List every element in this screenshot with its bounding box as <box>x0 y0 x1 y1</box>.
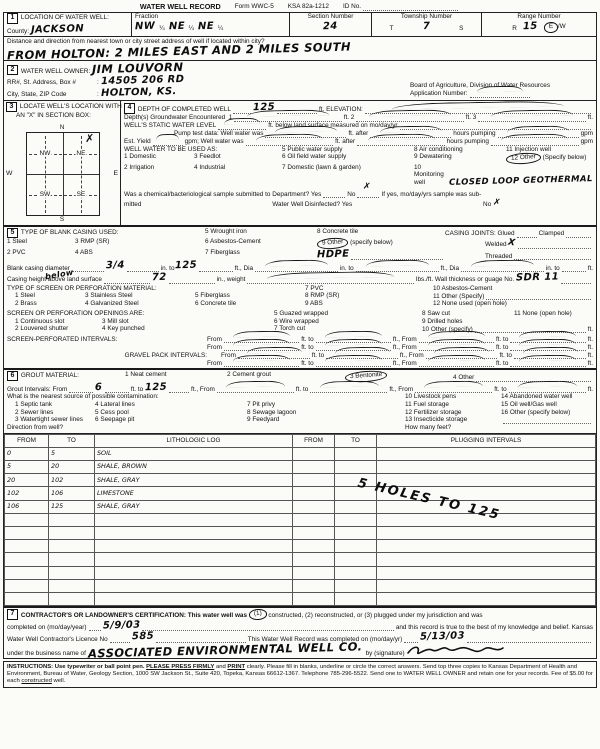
section-6-number: 6 <box>7 371 18 381</box>
fraction-1-value: NW <box>135 21 156 33</box>
section-1-number: 1 <box>7 13 18 23</box>
quadrant-sw-label: SW <box>39 190 51 198</box>
form-id-group: ID No. <box>343 3 460 11</box>
signature-mark <box>406 643 506 657</box>
sample-question: Was a chemical/bacteriological sample su… <box>124 191 321 199</box>
grout-ftfrom-label: ft., From <box>191 386 215 394</box>
spi-ftfrom-2: ft., From <box>393 344 417 352</box>
compass-north-label: N <box>6 124 118 132</box>
groundwater-3-label: ft. 3 <box>466 114 477 122</box>
lithologic-log-block: FROM TO LITHOLOGIC LOG FROM TO PLUGGING … <box>4 433 596 606</box>
contam-option-4: 4 Lateral lines <box>95 401 247 409</box>
id-blank <box>363 3 458 11</box>
spi-ftto-1b: ft. to <box>496 336 508 344</box>
compass-south-label: S <box>6 216 118 224</box>
log-header-row: FROM TO LITHOLOGIC LOG FROM TO PLUGGING … <box>5 434 596 447</box>
sample-mitted-text: mitted <box>124 201 141 209</box>
instructions-lead: INSTRUCTIONS: Use typewriter or ball poi… <box>7 664 146 670</box>
form-number: Form WWC-5 <box>235 3 274 11</box>
casing-depth-value: 125 <box>174 260 196 272</box>
casing-option-3: 3 RMP (SR) <box>75 238 109 245</box>
log-3-from: 20 <box>5 474 49 487</box>
casing-lbs-label: lbs./ft. Wall thickness or guage No. <box>416 276 514 284</box>
screen-option-12: 12 None used (open hole) <box>433 300 593 308</box>
instructions-print: PRINT <box>227 664 245 670</box>
section-3-locate: 3LOCATE WELL'S LOCATION WITH AN "X" IN S… <box>4 101 121 225</box>
log-empty-row <box>5 513 596 526</box>
log-header-plugging: PLUGGING INTERVALS <box>377 434 596 447</box>
log-2-from: 5 <box>5 461 49 474</box>
gpi-ftfrom-2: ft., From <box>393 360 417 368</box>
county-value: JACKSON <box>31 23 84 36</box>
screen-material-title: TYPE OF SCREEN OR PERFORATION MATERIAL: <box>7 285 305 293</box>
city-value: HOLTON, KS. <box>100 86 176 100</box>
contam-option-8: 8 Sewage lagoon <box>247 409 405 417</box>
joints-glued-label: CASING JOINTS: Glued <box>445 230 515 238</box>
log-row-3: 20 102 SHALE, GRAY <box>5 474 596 487</box>
contam-option-10: 10 Livestock pens <box>405 393 501 401</box>
grout-from-value: 6 <box>95 382 103 394</box>
groundwater-ft-label: ft. <box>588 114 593 122</box>
section-5-casing: 5TYPE OF BLANK CASING USED: 5 Wrought ir… <box>4 225 596 368</box>
gpi-ft-2: ft. <box>588 360 593 368</box>
casing-option-7: 7 Fiberglass <box>205 249 317 261</box>
direction-from-well-label: Direction from well? <box>7 424 405 432</box>
screen-option-5: 5 Fiberglass <box>195 292 305 300</box>
certification-date2-value: 5/13/03 <box>420 631 465 644</box>
section-3-number: 3 <box>6 102 17 112</box>
quadrant-se-label: SE <box>76 190 87 198</box>
distance-direction-block: Distance and direction from nearest town… <box>4 36 596 60</box>
city-colon: : <box>97 91 99 99</box>
screen-perforated-intervals-label: SCREEN-PERFORATED INTERVALS: <box>7 336 207 344</box>
disinfected-no-x-mark: ✗ <box>492 198 501 210</box>
spi-ftto-2: ft. to <box>301 344 313 352</box>
pump-test-label: Pump test data: <box>174 130 219 138</box>
township-value: 7 <box>422 21 430 33</box>
grout-title: GROUT MATERIAL: <box>21 372 79 379</box>
est-yield-dash <box>156 133 179 139</box>
pump-gpm-label: gpm <box>581 130 593 138</box>
casing-ftdia2-label: ft., Dia <box>441 265 459 273</box>
certification-line1b: constructed, (2) reconstructed, or (3) p… <box>268 612 482 620</box>
contam-option-15: 15 Oil well/Gas well <box>501 401 593 409</box>
use-option-6: 6 Oil field water supply <box>282 153 414 164</box>
quadrant-nw-label: NW <box>39 149 52 157</box>
elevation-dash-mark <box>392 100 564 109</box>
yield-hours-label: hours pumping <box>447 138 489 146</box>
log-row-4: 102 106 LIMESTONE <box>5 487 596 500</box>
contam-option-7: 7 Pit privy <box>247 401 405 409</box>
certification-line4b: by (signature) <box>366 650 405 658</box>
log-2-to: 20 <box>49 461 95 474</box>
log-2-desc: SHALE, BROWN <box>95 461 293 474</box>
compass-east-label: E <box>113 170 118 178</box>
disinfected-no-label: No <box>483 201 491 209</box>
log-3-to: 102 <box>49 474 95 487</box>
range-east-circled: E <box>543 22 558 34</box>
section-1-title: LOCATION OF WATER WELL: <box>21 14 109 21</box>
log-header-from-2: FROM <box>293 434 335 447</box>
township-label: Township Number <box>375 13 478 21</box>
groundwater-label: Depth(s) Groundwater Encountered <box>124 114 225 122</box>
section-5-number: 5 <box>7 228 18 238</box>
section-1-location: 1LOCATION OF WATER WELL: County: JACKSON… <box>4 13 596 35</box>
log-5-desc: SHALE, GRAY <box>95 500 293 513</box>
spi-from-2: From <box>207 344 222 352</box>
use-option-11: 11 Injection well <box>506 146 593 154</box>
instructions-tail: well. <box>52 678 65 684</box>
location-section-cell: Section Number 24 <box>290 13 372 35</box>
joints-clamped-label: Clamped <box>539 230 565 238</box>
joints-welded-x-mark: X <box>508 237 517 249</box>
application-number-dash-mark <box>477 85 523 92</box>
grout-option-2: 2 Cement grout <box>227 371 345 382</box>
gpi-ftto-1b: ft. to <box>499 352 511 360</box>
static-level-dash <box>224 117 261 124</box>
casing-inweight-label: in., weight <box>217 276 246 284</box>
log-header-from-1: FROM <box>5 434 49 447</box>
spi-ftto-2b: ft. to <box>496 344 508 352</box>
agency-block: Board of Agriculture, Division of Water … <box>410 82 590 98</box>
location-fraction-cell: Fraction NW¼ NE¼ NE¼ <box>132 13 290 35</box>
casing-option-5: 5 Wrought iron <box>205 228 317 238</box>
log-empty-row <box>5 579 596 592</box>
pump-well-water-label: Well water was <box>221 130 264 138</box>
sample-no-x-mark: ✗ <box>363 182 372 194</box>
grout-ftto2-label: ft. to <box>296 386 308 394</box>
est-yield-gpm-label: gpm; <box>185 138 199 146</box>
contam-option-3: 3 Watertight sewer lines <box>7 416 95 424</box>
log-empty-row <box>5 526 596 539</box>
use-option-4: 4 Industrial <box>194 164 225 171</box>
section-number-value: 24 <box>323 21 338 33</box>
water-well-record-form: WATER WELL RECORD Form WWC-5 KSA 82a-121… <box>0 0 600 749</box>
log-empty-row <box>5 592 596 605</box>
contam-option-12: 12 Fertilizer storage <box>405 409 501 417</box>
county-label: County: <box>7 28 29 36</box>
contam-option-9: 9 Feedyard <box>247 416 405 424</box>
openings-option-8: 8 Saw cut <box>422 310 514 318</box>
certification-line1a: CONTRACTOR'S OR LANDOWNER'S CERTIFICATIO… <box>21 612 247 620</box>
range-west: /W <box>558 23 566 30</box>
city-label: City, State, ZIP Code <box>7 91 97 99</box>
screen-option-6: 6 Concrete tile <box>195 300 305 308</box>
casing-height-value: 72 <box>152 272 167 284</box>
joints-welded-label: Welded <box>485 241 507 249</box>
log-4-desc: LIMESTONE <box>95 487 293 500</box>
casing-other-value: HDPE <box>317 248 350 261</box>
lithologic-log-table: FROM TO LITHOLOGIC LOG FROM TO PLUGGING … <box>4 434 596 606</box>
dia2-ft-dash <box>366 260 429 267</box>
contam-option-13: 13 Insecticide storage <box>405 416 501 424</box>
gpi-ftto-1: ft. to <box>312 352 324 360</box>
fraction-3-value: NE <box>198 21 214 33</box>
casing-option-1: 1 Steel <box>7 238 75 246</box>
compass-west-label: W <box>6 170 12 178</box>
use-option-2: 2 Irrigation <box>124 164 186 172</box>
pump-gpm-dash <box>507 125 569 132</box>
log-header-lithologic: LITHOLOGIC LOG <box>95 434 293 447</box>
log-empty-row <box>5 540 596 553</box>
log-row-2: 5 20 SHALE, BROWN <box>5 461 596 474</box>
screen-option-10: 10 Asbestos-Cement <box>433 285 593 293</box>
form-title-bar: WATER WELL RECORD Form WWC-5 KSA 82a-121… <box>3 2 597 12</box>
groundwater-2-label: ft. 2 <box>344 114 355 122</box>
gpi-ftto-2: ft. to <box>301 360 313 368</box>
openings-option-11: 11 None (open hole) <box>514 310 593 318</box>
static-level-label: WELL'S STATIC WATER LEVEL <box>124 122 216 130</box>
casing-height-label: Casing height <box>7 276 46 284</box>
screen-option-3: 3 Stainless Steel <box>85 292 195 300</box>
dia2-dash <box>265 260 328 267</box>
use-label: WELL WATER TO BE USED AS: <box>124 146 282 154</box>
screen-option-8: 8 RMP (SR) <box>305 292 433 300</box>
section-3-title-line2: AN "X" IN SECTION BOX: <box>6 112 118 120</box>
section-3-title-line1: LOCATE WELL'S LOCATION WITH <box>20 103 122 110</box>
openings-option-2: 2 Louvered shutter <box>7 325 102 333</box>
gravel-pack-intervals-label: GRAVEL PACK INTERVALS: <box>7 352 221 360</box>
section-6-grout: 6GROUT MATERIAL: 1 Neat cement 2 Cement … <box>4 368 596 433</box>
pump-after-label: ft. after <box>348 130 368 138</box>
instructions-press-firmly: PLEASE PRESS FIRMLY <box>146 664 214 670</box>
log-header-to-1: TO <box>49 434 95 447</box>
instructions-constructed: constructed <box>21 678 51 684</box>
openings-option-5: 5 Guazed wrapped <box>274 310 422 318</box>
use-option-3: 3 Feedlot <box>194 153 221 160</box>
owner-title: WATER WELL OWNER: <box>21 68 90 76</box>
casing-height-land-word: land surface <box>67 276 102 284</box>
form-title: WATER WELL RECORD <box>140 3 221 11</box>
dia3-dash <box>471 260 534 267</box>
casing-ftdia-label: ft., Dia <box>235 265 253 273</box>
contamination-question: What is the nearest source of possible c… <box>7 393 405 401</box>
use-option-12-specify: (Specify below) <box>543 154 587 161</box>
section-7-certification: 7 CONTRACTOR'S OR LANDOWNER'S CERTIFICAT… <box>4 606 596 658</box>
use-option-8: 8 Air conditioning <box>414 146 506 154</box>
section-4-well-data: 4 DEPTH OF COMPLETED WELL 125 ft. ELEVAT… <box>121 101 596 225</box>
well-location-x-mark: ✗ <box>85 133 95 146</box>
casing-ft-end-label: ft. <box>588 265 593 273</box>
contam-option-6: 6 Seepage pit <box>95 416 247 424</box>
contam-option-1: 1 Septic tank <box>7 401 95 409</box>
quadrant-ne-label: NE <box>75 149 86 157</box>
certification-date1-value: 5/9/03 <box>102 619 140 632</box>
grout-from-label: From <box>52 386 67 394</box>
id-label: ID No. <box>343 3 361 11</box>
certification-1-circled: (1) <box>248 608 267 620</box>
log-5-to: 125 <box>49 500 95 513</box>
casing-option-8: 8 Concrete tile <box>317 228 445 238</box>
grout-ftfrom2-label: ft., From <box>389 386 413 394</box>
grout-to-value: 125 <box>145 381 167 393</box>
use-option-1: 1 Domestic <box>124 153 186 161</box>
use-option-7: 7 Domestic (lawn & garden) <box>282 164 414 187</box>
certification-line2b: and this record is true to the best of m… <box>396 624 593 632</box>
section-7-number: 7 <box>7 609 18 619</box>
contam-option-5: 5 Cess pool <box>95 409 247 417</box>
log-row-5: 106 125 SHALE, GRAY <box>5 500 596 513</box>
township-t: T <box>390 25 394 33</box>
wall-thickness-value: SDR 11 <box>516 272 559 285</box>
contam-option-14: 14 Abandoned water well <box>501 393 593 401</box>
log-row-1: 0 5 SOIL <box>5 447 596 460</box>
gpi-ftfrom-1: ft., From <box>400 352 424 360</box>
application-number-label: Application Number: <box>410 90 468 98</box>
sample-ifyes-text: If yes, mo/day/yrs sample was sub- <box>381 191 481 199</box>
section-number-label: Section Number <box>293 13 368 21</box>
section-4-number: 4 <box>124 103 135 113</box>
certification-line3a: Water Well Contractor's Licence No <box>7 636 108 644</box>
township-s: S <box>459 25 463 33</box>
section-2-number: 2 <box>7 65 18 75</box>
casing-option-6: 6 Asbestos-Cement <box>205 238 317 249</box>
section-box-dashed-v1 <box>45 136 46 213</box>
spi-ft-1: ft. <box>588 336 593 344</box>
openings-option-1: 1 Continuous slot <box>7 318 102 326</box>
quarter-1: ¼ <box>159 25 164 33</box>
yield-after-label: ft. after <box>335 138 355 146</box>
openings-option-3: 3 Mill slot <box>102 318 274 326</box>
casing-option-4: 4 ABS <box>75 249 93 256</box>
casing-option-2: 2 PVC <box>7 249 75 257</box>
casing-option-9-specify: (specify below) <box>350 239 393 246</box>
range-value: 15 <box>523 21 538 33</box>
screen-option-4: 4 Galvanized Steel <box>85 300 195 308</box>
grout-ftto3-label: ft. to <box>494 386 506 394</box>
log-1-desc: SOIL <box>95 447 293 460</box>
grout-option-1: 1 Neat cement <box>125 371 227 382</box>
contam-option-2: 2 Sewer lines <box>7 409 95 417</box>
location-county-cell: 1LOCATION OF WATER WELL: County: JACKSON <box>4 13 132 35</box>
log-4-to: 106 <box>49 487 95 500</box>
screen-option-11: 11 Other (Specify) <box>433 293 484 301</box>
sections-3-4-row: 3LOCATE WELL'S LOCATION WITH AN "X" IN S… <box>4 100 596 225</box>
openings-ft-label: ft. <box>588 326 593 334</box>
section-box-dashed-v2 <box>81 136 82 213</box>
grout-ft-end-label: ft. <box>588 386 593 394</box>
range-label: Range Number <box>485 13 593 21</box>
fraction-2-value: NE <box>168 21 184 33</box>
spi-from-1: From <box>207 336 222 344</box>
gpi-ft-1: ft. <box>588 352 593 360</box>
location-township-cell: Township Number T 7 S <box>372 13 482 35</box>
screen-option-7: 7 PVC <box>305 285 433 293</box>
openings-title: SCREEN OR PERFORATION OPENINGS ARE: <box>7 310 274 318</box>
use-option-5: 5 Public water supply <box>282 146 414 154</box>
casing-diameter-value: 3/4 <box>106 260 125 272</box>
address-colon: : <box>97 79 99 87</box>
how-many-feet-label: How many feet? <box>405 424 593 432</box>
log-header-to-2: TO <box>335 434 377 447</box>
address-label: RR#, St. Address, Box # <box>7 79 97 87</box>
gpi-from-2: From <box>207 360 222 368</box>
form-statute: KSA 82a-1212 <box>288 3 329 11</box>
spi-ftfrom-1: ft., From <box>393 336 417 344</box>
section-box-diagram: NW NE SW SE ✗ <box>26 132 100 216</box>
grout-intervals-label: Grout Intervals: <box>7 386 51 394</box>
log-empty-row <box>5 553 596 566</box>
instructions-mid: and <box>214 664 227 670</box>
est-yield-label: Est. Yield <box>124 138 151 146</box>
section-2-owner: 2 WATER WELL OWNER: JIM LOUVORN RR#, St.… <box>4 60 596 100</box>
depth-completed-label: DEPTH OF COMPLETED WELL <box>138 106 231 114</box>
quarter-2: ¼ <box>189 25 194 33</box>
grout-ftto-label: ft. to <box>131 386 143 394</box>
gpi-ftto-2b: ft. to <box>496 360 508 368</box>
section-box-horizontal-line <box>27 174 99 175</box>
gpi-from-1: From <box>221 352 236 360</box>
openings-option-6: 6 Wire wrapped <box>274 318 422 326</box>
log-3-desc: SHALE, GRAY <box>95 474 293 487</box>
yield-gpm-label: gpm <box>581 138 593 146</box>
sample-no-label: No <box>347 191 355 199</box>
log-1-from: 0 <box>5 447 49 460</box>
spi-ftto-1: ft. to <box>301 336 313 344</box>
contam-option-11: 11 Fuel storage <box>405 401 501 409</box>
contam-option-16: 16 Other (specify below) <box>501 409 593 417</box>
pump-hours-label: hours pumping <box>453 130 495 138</box>
quarter-3: ¼ <box>218 25 223 33</box>
log-5-from: 106 <box>5 500 49 513</box>
instructions-block: INSTRUCTIONS: Use typewriter or ball poi… <box>3 661 597 688</box>
yield-well-water-label: Well water was <box>201 138 244 146</box>
use-option-10: 10 Monitoring well <box>414 164 447 187</box>
log-empty-row <box>5 566 596 579</box>
log-4-from: 102 <box>5 487 49 500</box>
spi-ft-2: ft. <box>588 344 593 352</box>
range-r: R <box>512 25 517 33</box>
certification-line4a: under the business name of <box>7 650 86 658</box>
log-1-to: 5 <box>49 447 95 460</box>
licence-number-value: 585 <box>132 631 154 643</box>
location-range-cell: Range Number R 15 E/W <box>482 13 596 35</box>
openings-option-9: 9 Drilled holes <box>422 318 593 326</box>
certification-line2a: completed on (mo/day/year) <box>7 624 87 632</box>
screen-option-1: 1 Steel <box>7 292 85 300</box>
use-option-9: 9 Dewatering <box>414 153 506 164</box>
casing-title: TYPE OF BLANK CASING USED: <box>21 229 119 236</box>
screen-option-9: 9 ABS <box>305 300 433 308</box>
screen-option-2: 2 Brass <box>7 300 85 308</box>
use-other-value: CLOSED LOOP GEOTHERMAL <box>449 174 593 188</box>
disinfected-label: Water Well Disinfected? Yes <box>272 201 352 209</box>
